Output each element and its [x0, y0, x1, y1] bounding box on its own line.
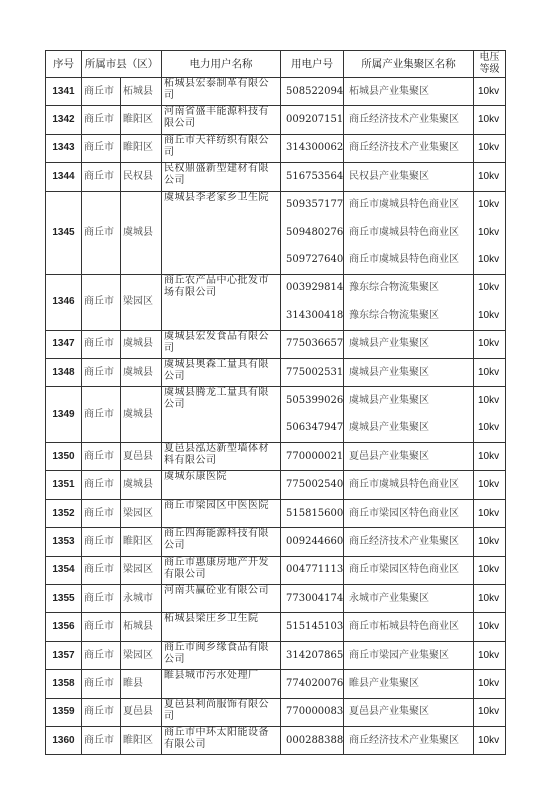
row-user-name: 商丘市惠康房地产开发有限公司: [162, 556, 281, 584]
row-region: 商丘市虞城县特色商业区: [346, 192, 471, 219]
table-row: 1357商丘市梁园区商丘市闽乡缘食品有限公司3142078658商丘市梁园产业集…: [46, 641, 506, 669]
row-voltage: 10kv: [476, 219, 503, 246]
row-voltage: 10kv: [476, 302, 503, 329]
row-account: 0002883885: [283, 727, 341, 754]
row-voltage: 10kv: [476, 359, 503, 386]
row-account-cell: 0002883885: [281, 726, 344, 754]
row-seq: 1345: [46, 191, 82, 274]
row-voltage-cell: 10kv10kv: [474, 274, 506, 330]
row-city: 商丘市: [82, 134, 121, 162]
row-user-name: 商丘市梁园区中医医院: [162, 499, 281, 527]
row-voltage-cell: 10kv: [474, 698, 506, 726]
row-voltage: 10kv: [476, 500, 503, 527]
row-region: 商丘市梁园产业集聚区: [346, 642, 471, 669]
row-account-cell: 7750366577: [281, 330, 344, 358]
row-region: 商丘市梁园区特色商业区: [346, 557, 471, 584]
row-account: 0039298140: [283, 275, 341, 302]
row-account-cell: 50539902695063479477: [281, 387, 344, 443]
row-voltage-cell: 10kv: [474, 134, 506, 162]
row-region-cell: 商丘市梁园区特色商业区: [344, 556, 474, 584]
row-region-cell: 商丘市柘城县特色商业区: [344, 613, 474, 641]
row-user-name: 河南共赢砼业有限公司: [162, 585, 281, 613]
table-row: 1345商丘市虞城县虞城县李老家乡卫生院50935717795094802761…: [46, 191, 506, 274]
row-county: 虞城县: [121, 191, 162, 274]
header-user-name: 电力用户名称: [162, 51, 281, 78]
row-region-cell: 睢县产业集聚区: [344, 670, 474, 698]
row-county: 梁园区: [121, 274, 162, 330]
row-user-name: 虞城县李老家乡卫生院: [162, 191, 281, 274]
row-region: 虞城县产业集聚区: [346, 359, 471, 386]
table-row: 1354商丘市梁园区商丘市惠康房地产开发有限公司0047711134商丘市梁园区…: [46, 556, 506, 584]
row-seq: 1354: [46, 556, 82, 584]
row-voltage: 10kv: [476, 275, 503, 302]
row-county: 睢县: [121, 670, 162, 698]
row-seq: 1355: [46, 585, 82, 613]
table-row: 1351商丘市虞城县虞城东康医院7750025409商丘市虞城县特色商业区10k…: [46, 471, 506, 499]
row-voltage-cell: 10kv: [474, 78, 506, 106]
row-account-cell: 7740200767: [281, 670, 344, 698]
row-user-name: 河南省盛丰能源科技有限公司: [162, 106, 281, 134]
row-region-cell: 虞城县产业集聚区: [344, 330, 474, 358]
row-voltage: 10kv: [476, 443, 503, 470]
row-county: 夏邑县: [121, 698, 162, 726]
row-region: 商丘经济技术产业集聚区: [346, 106, 471, 133]
row-seq: 1350: [46, 443, 82, 471]
row-seq: 1356: [46, 613, 82, 641]
row-voltage-cell: 10kv: [474, 358, 506, 386]
row-user-name: 虞城东康医院: [162, 471, 281, 499]
row-voltage-cell: 10kv: [474, 670, 506, 698]
row-region: 睢县产业集聚区: [346, 670, 471, 697]
table-row: 1360商丘市睢阳区商丘市中环太阳能设备有限公司0002883885商丘经济技术…: [46, 726, 506, 754]
row-region: 商丘市虞城县特色商业区: [346, 471, 471, 498]
table-row: 1344商丘市民权县民权鼎盛新型建材有限公司5167535642民权县产业集聚区…: [46, 163, 506, 191]
row-city: 商丘市: [82, 528, 121, 556]
row-region-cell: 商丘经济技术产业集聚区: [344, 726, 474, 754]
row-account: 0047711134: [283, 557, 341, 584]
row-seq: 1341: [46, 78, 82, 106]
row-voltage: 10kv: [476, 585, 503, 612]
row-region: 商丘经济技术产业集聚区: [346, 135, 471, 162]
row-user-name: 商丘四海能源科技有限公司: [162, 528, 281, 556]
row-city: 商丘市: [82, 641, 121, 669]
row-region-cell: 商丘市虞城县特色商业区商丘市虞城县特色商业区商丘市虞城县特色商业区: [344, 191, 474, 274]
row-city: 商丘市: [82, 698, 121, 726]
row-account: 5158156005: [283, 500, 341, 527]
row-county: 睢阳区: [121, 528, 162, 556]
row-county: 虞城县: [121, 330, 162, 358]
row-county: 梁园区: [121, 641, 162, 669]
row-account-cell: 00392981403143004185: [281, 274, 344, 330]
row-account-cell: 7750025409: [281, 471, 344, 499]
row-seq: 1343: [46, 134, 82, 162]
row-voltage-cell: 10kv: [474, 556, 506, 584]
row-voltage: 10kv: [476, 106, 503, 133]
row-region: 柘城县产业集聚区: [346, 78, 471, 105]
row-account: 5063479477: [283, 415, 341, 442]
table-row: 1355商丘市永城市河南共赢砼业有限公司7730041749永城市产业集聚区10…: [46, 585, 506, 613]
row-account-cell: 0092071517: [281, 106, 344, 134]
table-row: 1350商丘市夏邑县夏邑县泓达新型墙体材料有限公司7700000218夏邑县产业…: [46, 443, 506, 471]
table-row: 1347商丘市虞城县虞城县宏发食品有限公司7750366577虞城县产业集聚区1…: [46, 330, 506, 358]
row-region-cell: 夏邑县产业集聚区: [344, 443, 474, 471]
row-voltage-cell: 10kv: [474, 330, 506, 358]
table-row: 1359商丘市夏邑县夏邑县利尚服饰有限公司7700000833夏邑县产业集聚区1…: [46, 698, 506, 726]
row-voltage: 10kv: [476, 727, 503, 754]
table-row: 1358商丘市睢县睢县城市污水处理厂7740200767睢县产业集聚区10kv: [46, 670, 506, 698]
row-account-cell: 7700000218: [281, 443, 344, 471]
row-account-cell: 5085220943: [281, 78, 344, 106]
row-city: 商丘市: [82, 613, 121, 641]
row-city: 商丘市: [82, 471, 121, 499]
row-city: 商丘市: [82, 330, 121, 358]
row-account-cell: 509357177950948027615097276404: [281, 191, 344, 274]
table-row: 1343商丘市睢阳区商丘市天祥纺织有限公司3143000627商丘经济技术产业集…: [46, 134, 506, 162]
row-county: 睢阳区: [121, 134, 162, 162]
row-seq: 1348: [46, 358, 82, 386]
row-account-cell: 3142078658: [281, 641, 344, 669]
row-voltage: 10kv: [476, 699, 503, 726]
row-city: 商丘市: [82, 499, 121, 527]
row-seq: 1358: [46, 670, 82, 698]
row-voltage-cell: 10kv: [474, 613, 506, 641]
row-account: 7750025409: [283, 471, 341, 498]
row-region-cell: 商丘市梁园区特色商业区: [344, 499, 474, 527]
row-region: 夏邑县产业集聚区: [346, 699, 471, 726]
row-city: 商丘市: [82, 443, 121, 471]
row-account: 0092446609: [283, 528, 341, 555]
header-region: 所属产业集聚区名称: [344, 51, 474, 78]
row-city: 商丘市: [82, 556, 121, 584]
row-account-cell: 0047711134: [281, 556, 344, 584]
row-voltage-cell: 10kv10kv10kv: [474, 191, 506, 274]
row-account: 5053990269: [283, 387, 341, 414]
row-user-name: 商丘市闽乡缘食品有限公司: [162, 641, 281, 669]
row-region-cell: 夏邑县产业集聚区: [344, 698, 474, 726]
row-account-cell: 7750025316: [281, 358, 344, 386]
row-account: 7740200767: [283, 670, 341, 697]
row-seq: 1347: [46, 330, 82, 358]
row-voltage: 10kv: [476, 78, 503, 105]
row-voltage-cell: 10kv: [474, 163, 506, 191]
row-voltage: 10kv: [476, 557, 503, 584]
row-region: 商丘经济技术产业集聚区: [346, 528, 471, 555]
row-account-cell: 7730041749: [281, 585, 344, 613]
row-city: 商丘市: [82, 387, 121, 443]
row-voltage-cell: 10kv10kv: [474, 387, 506, 443]
row-region-cell: 商丘经济技术产业集聚区: [344, 106, 474, 134]
row-voltage-cell: 10kv: [474, 443, 506, 471]
row-account: 5094802761: [283, 219, 341, 246]
row-city: 商丘市: [82, 585, 121, 613]
row-region: 夏邑县产业集聚区: [346, 443, 471, 470]
row-region: 豫东综合物流集聚区: [346, 302, 471, 329]
header-account: 用电户号: [281, 51, 344, 78]
row-city: 商丘市: [82, 106, 121, 134]
row-voltage: 10kv: [476, 642, 503, 669]
header-city-county: 所属市县（区）: [82, 51, 162, 78]
row-region: 永城市产业集聚区: [346, 585, 471, 612]
power-users-table: 序号 所属市县（区） 电力用户名称 用电户号 所属产业集聚区名称 电压等级 13…: [45, 50, 506, 755]
row-county: 永城市: [121, 585, 162, 613]
table-row: 1349商丘市虞城县虞城县腾龙工量具有限公司505399026950634794…: [46, 387, 506, 443]
row-region-cell: 商丘市梁园产业集聚区: [344, 641, 474, 669]
row-region-cell: 商丘经济技术产业集聚区: [344, 528, 474, 556]
row-account-cell: 5151451031: [281, 613, 344, 641]
row-region: 商丘经济技术产业集聚区: [346, 727, 471, 754]
row-account: 7750366577: [283, 331, 341, 358]
row-region: 商丘市虞城县特色商业区: [346, 246, 471, 273]
row-city: 商丘市: [82, 726, 121, 754]
row-voltage-cell: 10kv: [474, 106, 506, 134]
row-county: 梁园区: [121, 499, 162, 527]
row-user-name: 夏邑县利尚服饰有限公司: [162, 698, 281, 726]
row-account-cell: 7700000833: [281, 698, 344, 726]
row-region: 民权县产业集聚区: [346, 163, 471, 190]
table-row: 1342商丘市睢阳区河南省盛丰能源科技有限公司0092071517商丘经济技术产…: [46, 106, 506, 134]
row-account: 0092071517: [283, 106, 341, 133]
row-voltage-cell: 10kv: [474, 726, 506, 754]
row-account: 3143000627: [283, 135, 341, 162]
row-voltage: 10kv: [476, 387, 503, 414]
row-seq: 1349: [46, 387, 82, 443]
row-region: 虞城县产业集聚区: [346, 331, 471, 358]
table-header-row: 序号 所属市县（区） 电力用户名称 用电户号 所属产业集聚区名称 电压等级: [46, 51, 506, 78]
row-voltage: 10kv: [476, 415, 503, 442]
row-user-name: 商丘市天祥纺织有限公司: [162, 134, 281, 162]
row-seq: 1360: [46, 726, 82, 754]
row-account: 3142078658: [283, 642, 341, 669]
row-city: 商丘市: [82, 274, 121, 330]
row-county: 睢阳区: [121, 106, 162, 134]
row-account: 5167535642: [283, 163, 341, 190]
row-voltage-cell: 10kv: [474, 641, 506, 669]
row-region: 商丘市柘城县特色商业区: [346, 613, 471, 640]
row-voltage-cell: 10kv: [474, 471, 506, 499]
row-region: 虞城县产业集聚区: [346, 387, 471, 414]
row-county: 虞城县: [121, 471, 162, 499]
row-city: 商丘市: [82, 163, 121, 191]
row-voltage: 10kv: [476, 135, 503, 162]
row-region-cell: 柘城县产业集聚区: [344, 78, 474, 106]
row-region-cell: 虞城县产业集聚区虞城县产业集聚区: [344, 387, 474, 443]
row-user-name: 柘城县梁庄乡卫生院: [162, 613, 281, 641]
row-voltage: 10kv: [476, 331, 503, 358]
row-user-name: 商丘市中环太阳能设备有限公司: [162, 726, 281, 754]
row-region: 商丘市梁园区特色商业区: [346, 500, 471, 527]
row-region-cell: 民权县产业集聚区: [344, 163, 474, 191]
row-voltage-cell: 10kv: [474, 528, 506, 556]
row-voltage: 10kv: [476, 528, 503, 555]
row-voltage: 10kv: [476, 192, 503, 219]
row-user-name: 睢县城市污水处理厂: [162, 670, 281, 698]
row-county: 夏邑县: [121, 443, 162, 471]
table-row: 1356商丘市柘城县柘城县梁庄乡卫生院5151451031商丘市柘城县特色商业区…: [46, 613, 506, 641]
row-voltage-cell: 10kv: [474, 499, 506, 527]
row-city: 商丘市: [82, 78, 121, 106]
table-row: 1348商丘市虞城县虞城县奥森工量具有限公司7750025316虞城县产业集聚区…: [46, 358, 506, 386]
table-row: 1352商丘市梁园区商丘市梁园区中医医院5158156005商丘市梁园区特色商业…: [46, 499, 506, 527]
row-county: 睢阳区: [121, 726, 162, 754]
row-voltage: 10kv: [476, 471, 503, 498]
row-account-cell: 5167535642: [281, 163, 344, 191]
row-seq: 1352: [46, 499, 82, 527]
row-region-cell: 虞城县产业集聚区: [344, 358, 474, 386]
row-county: 民权县: [121, 163, 162, 191]
row-account: 7700000833: [283, 699, 341, 726]
row-account: 7730041749: [283, 585, 341, 612]
row-voltage: 10kv: [476, 163, 503, 190]
row-user-name: 民权鼎盛新型建材有限公司: [162, 163, 281, 191]
row-seq: 1359: [46, 698, 82, 726]
table-row: 1353商丘市睢阳区商丘四海能源科技有限公司0092446609商丘经济技术产业…: [46, 528, 506, 556]
row-voltage: 10kv: [476, 246, 503, 273]
row-county: 虞城县: [121, 387, 162, 443]
row-seq: 1346: [46, 274, 82, 330]
row-city: 商丘市: [82, 358, 121, 386]
row-region: 虞城县产业集聚区: [346, 415, 471, 442]
row-account-cell: 3143000627: [281, 134, 344, 162]
row-county: 虞城县: [121, 358, 162, 386]
row-seq: 1351: [46, 471, 82, 499]
row-seq: 1344: [46, 163, 82, 191]
row-county: 梁园区: [121, 556, 162, 584]
row-account-cell: 5158156005: [281, 499, 344, 527]
row-region-cell: 豫东综合物流集聚区豫东综合物流集聚区: [344, 274, 474, 330]
row-user-name: 虞城县腾龙工量具有限公司: [162, 387, 281, 443]
row-account: 5093571779: [283, 192, 341, 219]
row-user-name: 虞城县宏发食品有限公司: [162, 330, 281, 358]
row-account: 7700000218: [283, 443, 341, 470]
row-seq: 1353: [46, 528, 82, 556]
row-seq: 1342: [46, 106, 82, 134]
row-user-name: 商丘农产品中心批发市场有限公司: [162, 274, 281, 330]
row-city: 商丘市: [82, 191, 121, 274]
row-account: 3143004185: [283, 302, 341, 329]
row-county: 柘城县: [121, 613, 162, 641]
row-user-name: 夏邑县泓达新型墙体材料有限公司: [162, 443, 281, 471]
row-account: 7750025316: [283, 359, 341, 386]
row-voltage: 10kv: [476, 613, 503, 640]
row-seq: 1357: [46, 641, 82, 669]
row-region-cell: 商丘经济技术产业集聚区: [344, 134, 474, 162]
row-city: 商丘市: [82, 670, 121, 698]
header-seq: 序号: [46, 51, 82, 78]
header-voltage: 电压等级: [474, 51, 506, 78]
table-row: 1341商丘市柘城县柘城县宏泰制革有限公司5085220943柘城县产业集聚区1…: [46, 78, 506, 106]
table-row: 1346商丘市梁园区商丘农产品中心批发市场有限公司003929814031430…: [46, 274, 506, 330]
row-region-cell: 永城市产业集聚区: [344, 585, 474, 613]
row-voltage: 10kv: [476, 670, 503, 697]
row-region: 豫东综合物流集聚区: [346, 275, 471, 302]
row-county: 柘城县: [121, 78, 162, 106]
row-voltage-cell: 10kv: [474, 585, 506, 613]
row-user-name: 柘城县宏泰制革有限公司: [162, 78, 281, 106]
row-region: 商丘市虞城县特色商业区: [346, 219, 471, 246]
row-account-cell: 0092446609: [281, 528, 344, 556]
row-account: 5085220943: [283, 78, 341, 105]
row-account: 5151451031: [283, 613, 341, 640]
row-account: 5097276404: [283, 246, 341, 273]
row-region-cell: 商丘市虞城县特色商业区: [344, 471, 474, 499]
row-user-name: 虞城县奥森工量具有限公司: [162, 358, 281, 386]
